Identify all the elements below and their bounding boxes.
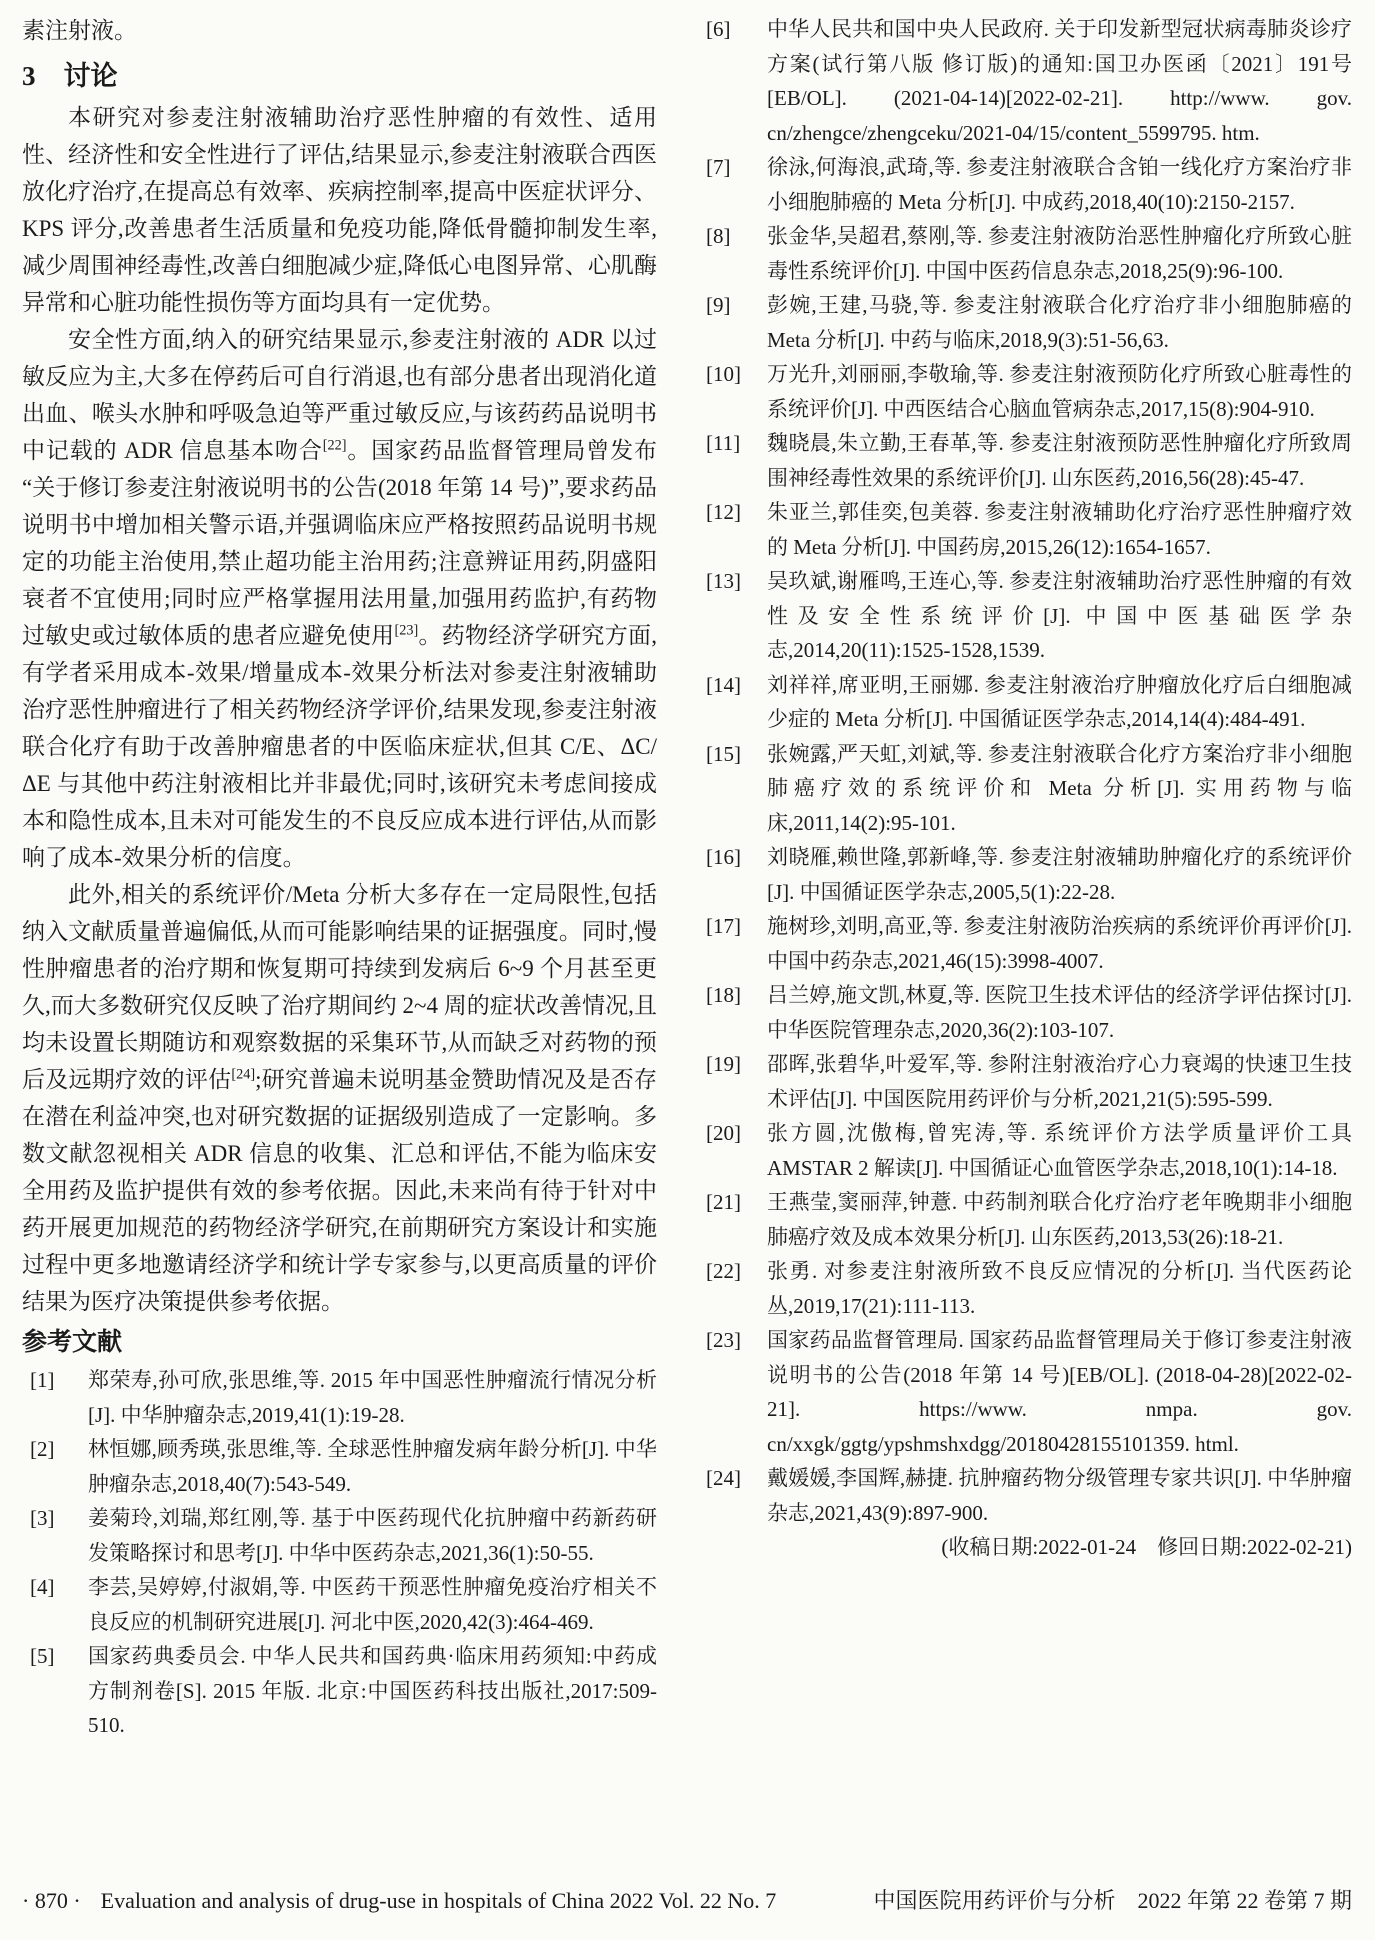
reference-item: [1]郑荣寿,孙可欣,张思维,等. 2015 年中国恶性肿瘤流行情况分析[J].… <box>22 1363 657 1432</box>
reference-number: [23] <box>703 1323 767 1461</box>
reference-text: 王燕莹,窦丽萍,钟薏. 中药制剂联合化疗治疗老年晚期非小细胞肺癌疗效及成本效果分… <box>767 1185 1352 1254</box>
section-title: 讨论 <box>64 59 118 93</box>
reference-number: [8] <box>703 219 767 288</box>
reference-text: 张方圆,沈傲梅,曾宪涛,等. 系统评价方法学质量评价工具 AMSTAR 2 解读… <box>767 1116 1352 1185</box>
reference-item: [20]张方圆,沈傲梅,曾宪涛,等. 系统评价方法学质量评价工具 AMSTAR … <box>703 1116 1352 1185</box>
reference-number: [16] <box>703 840 767 909</box>
reference-text: 施树珍,刘明,高亚,等. 参麦注射液防治疾病的系统评价再评价[J]. 中国中药杂… <box>767 909 1352 978</box>
body-paragraph: 安全性方面,纳入的研究结果显示,参麦注射液的 ADR 以过敏反应为主,大多在停药… <box>22 321 657 876</box>
reference-text: 张婉露,严天虹,刘斌,等. 参麦注射液联合化疗方案治疗非小细胞肺癌疗效的系统评价… <box>767 737 1352 841</box>
reference-item: [16]刘晓雁,赖世隆,郭新峰,等. 参麦注射液辅助肿瘤化疗的系统评价[J]. … <box>703 840 1352 909</box>
reference-item: [24]戴媛媛,李国辉,赫捷. 抗肿瘤药物分级管理专家共识[J]. 中华肿瘤杂志… <box>703 1461 1352 1530</box>
reference-number: [12] <box>703 495 767 564</box>
reference-text: 郑荣寿,孙可欣,张思维,等. 2015 年中国恶性肿瘤流行情况分析[J]. 中华… <box>88 1363 657 1432</box>
reference-text: 中华人民共和国中央人民政府. 关于印发新型冠状病毒肺炎诊疗方案(试行第八版 修订… <box>767 12 1352 150</box>
reference-item: [18]吕兰婷,施文凯,林夏,等. 医院卫生技术评估的经济学评估探讨[J]. 中… <box>703 978 1352 1047</box>
paper-page: 素注射液。 3 讨论 本研究对参麦注射液辅助治疗恶性肿瘤的有效性、适用性、经济性… <box>0 0 1375 1940</box>
reference-text: 魏晓晨,朱立勤,王春革,等. 参麦注射液预防恶性肿瘤化疗所致周围神经毒性效果的系… <box>767 426 1352 495</box>
reference-number: [15] <box>703 737 767 841</box>
discussion-paragraphs: 本研究对参麦注射液辅助治疗恶性肿瘤的有效性、适用性、经济性和安全性进行了评估,结… <box>22 99 657 1320</box>
reference-text: 张金华,吴超君,蔡刚,等. 参麦注射液防治恶性肿瘤化疗所致心脏毒性系统评价[J]… <box>767 219 1352 288</box>
page-number: · 870 · <box>22 1886 81 1916</box>
section-heading: 3 讨论 <box>22 59 657 93</box>
reference-number: [24] <box>703 1461 767 1530</box>
reference-item: [7]徐泳,何海浪,武琦,等. 参麦注射液联合含铂一线化疗方案治疗非小细胞肺癌的… <box>703 150 1352 219</box>
reference-number: [1] <box>22 1363 88 1432</box>
page-footer: · 870 · Evaluation and analysis of drug-… <box>22 1886 1352 1916</box>
reference-text: 徐泳,何海浪,武琦,等. 参麦注射液联合含铂一线化疗方案治疗非小细胞肺癌的 Me… <box>767 150 1352 219</box>
reference-number: [13] <box>703 564 767 668</box>
reference-text: 吕兰婷,施文凯,林夏,等. 医院卫生技术评估的经济学评估探讨[J]. 中华医院管… <box>767 978 1352 1047</box>
body-paragraph: 本研究对参麦注射液辅助治疗恶性肿瘤的有效性、适用性、经济性和安全性进行了评估,结… <box>22 99 657 321</box>
references-heading: 参考文献 <box>22 1327 657 1358</box>
reference-item: [5]国家药典委员会. 中华人民共和国药典·临床用药须知:中药成方制剂卷[S].… <box>22 1639 657 1743</box>
reference-text: 刘祥祥,席亚明,王丽娜. 参麦注射液治疗肿瘤放化疗后白细胞减少症的 Meta 分… <box>767 668 1352 737</box>
reference-item: [10]万光升,刘丽丽,李敬瑜,等. 参麦注射液预防化疗所致心脏毒性的系统评价[… <box>703 357 1352 426</box>
reference-item: [12]朱亚兰,郭佳奕,包美蓉. 参麦注射液辅助化疗治疗恶性肿瘤疗效的 Meta… <box>703 495 1352 564</box>
reference-number: [20] <box>703 1116 767 1185</box>
reference-text: 国家药典委员会. 中华人民共和国药典·临床用药须知:中药成方制剂卷[S]. 20… <box>88 1639 657 1743</box>
received-revised-dates: (收稿日期:2022-01-24 修回日期:2022-02-21) <box>703 1530 1352 1565</box>
reference-text: 刘晓雁,赖世隆,郭新峰,等. 参麦注射液辅助肿瘤化疗的系统评价[J]. 中国循证… <box>767 840 1352 909</box>
reference-item: [6]中华人民共和国中央人民政府. 关于印发新型冠状病毒肺炎诊疗方案(试行第八版… <box>703 12 1352 150</box>
reference-number: [9] <box>703 288 767 357</box>
reference-text: 李芸,吴婷婷,付淑娟,等. 中医药干预恶性肿瘤免疫治疗相关不良反应的机制研究进展… <box>88 1570 657 1639</box>
reference-number: [7] <box>703 150 767 219</box>
references-left: [1]郑荣寿,孙可欣,张思维,等. 2015 年中国恶性肿瘤流行情况分析[J].… <box>22 1363 657 1743</box>
reference-number: [17] <box>703 909 767 978</box>
reference-number: [2] <box>22 1432 88 1501</box>
reference-text: 姜菊玲,刘瑞,郑红刚,等. 基于中医药现代化抗肿瘤中药新药研发策略探讨和思考[J… <box>88 1501 657 1570</box>
reference-number: [21] <box>703 1185 767 1254</box>
reference-text: 吴玖斌,谢雁鸣,王连心,等. 参麦注射液辅助治疗恶性肿瘤的有效性及安全性系统评价… <box>767 564 1352 668</box>
reference-text: 张勇. 对参麦注射液所致不良反应情况的分析[J]. 当代医药论丛,2019,17… <box>767 1254 1352 1323</box>
reference-number: [18] <box>703 978 767 1047</box>
reference-item: [23]国家药品监督管理局. 国家药品监督管理局关于修订参麦注射液说明书的公告(… <box>703 1323 1352 1461</box>
continued-paragraph: 素注射液。 <box>22 12 657 49</box>
reference-text: 邵晖,张碧华,叶爱军,等. 参附注射液治疗心力衰竭的快速卫生技术评估[J]. 中… <box>767 1047 1352 1116</box>
reference-item: [3]姜菊玲,刘瑞,郑红刚,等. 基于中医药现代化抗肿瘤中药新药研发策略探讨和思… <box>22 1501 657 1570</box>
reference-number: [22] <box>703 1254 767 1323</box>
reference-number: [19] <box>703 1047 767 1116</box>
reference-number: [5] <box>22 1639 88 1743</box>
reference-item: [13]吴玖斌,谢雁鸣,王连心,等. 参麦注射液辅助治疗恶性肿瘤的有效性及安全性… <box>703 564 1352 668</box>
reference-item: [19]邵晖,张碧华,叶爱军,等. 参附注射液治疗心力衰竭的快速卫生技术评估[J… <box>703 1047 1352 1116</box>
reference-text: 朱亚兰,郭佳奕,包美蓉. 参麦注射液辅助化疗治疗恶性肿瘤疗效的 Meta 分析[… <box>767 495 1352 564</box>
reference-item: [21]王燕莹,窦丽萍,钟薏. 中药制剂联合化疗治疗老年晚期非小细胞肺癌疗效及成… <box>703 1185 1352 1254</box>
reference-number: [10] <box>703 357 767 426</box>
left-column: 素注射液。 3 讨论 本研究对参麦注射液辅助治疗恶性肿瘤的有效性、适用性、经济性… <box>22 12 657 1743</box>
footer-journal-english: Evaluation and analysis of drug-use in h… <box>101 1886 777 1916</box>
right-column: [6]中华人民共和国中央人民政府. 关于印发新型冠状病毒肺炎诊疗方案(试行第八版… <box>703 12 1352 1743</box>
reference-item: [2]林恒娜,顾秀瑛,张思维,等. 全球恶性肿瘤发病年龄分析[J]. 中华肿瘤杂… <box>22 1432 657 1501</box>
reference-item: [8]张金华,吴超君,蔡刚,等. 参麦注射液防治恶性肿瘤化疗所致心脏毒性系统评价… <box>703 219 1352 288</box>
reference-number: [4] <box>22 1570 88 1639</box>
reference-text: 戴媛媛,李国辉,赫捷. 抗肿瘤药物分级管理专家共识[J]. 中华肿瘤杂志,202… <box>767 1461 1352 1530</box>
reference-item: [11]魏晓晨,朱立勤,王春革,等. 参麦注射液预防恶性肿瘤化疗所致周围神经毒性… <box>703 426 1352 495</box>
reference-item: [15]张婉露,严天虹,刘斌,等. 参麦注射液联合化疗方案治疗非小细胞肺癌疗效的… <box>703 737 1352 841</box>
body-paragraph: 此外,相关的系统评价/Meta 分析大多存在一定局限性,包括纳入文献质量普遍偏低… <box>22 876 657 1320</box>
reference-item: [17]施树珍,刘明,高亚,等. 参麦注射液防治疾病的系统评价再评价[J]. 中… <box>703 909 1352 978</box>
reference-text: 国家药品监督管理局. 国家药品监督管理局关于修订参麦注射液说明书的公告(2018… <box>767 1323 1352 1461</box>
reference-number: [11] <box>703 426 767 495</box>
reference-text: 林恒娜,顾秀瑛,张思维,等. 全球恶性肿瘤发病年龄分析[J]. 中华肿瘤杂志,2… <box>88 1432 657 1501</box>
section-number: 3 <box>22 59 36 93</box>
reference-text: 彭婉,王建,马骁,等. 参麦注射液联合化疗治疗非小细胞肺癌的 Meta 分析[J… <box>767 288 1352 357</box>
reference-item: [14]刘祥祥,席亚明,王丽娜. 参麦注射液治疗肿瘤放化疗后白细胞减少症的 Me… <box>703 668 1352 737</box>
footer-journal-chinese: 中国医院用药评价与分析 2022 年第 22 卷第 7 期 <box>873 1886 1352 1916</box>
two-column-layout: 素注射液。 3 讨论 本研究对参麦注射液辅助治疗恶性肿瘤的有效性、适用性、经济性… <box>22 12 1352 1743</box>
reference-item: [4]李芸,吴婷婷,付淑娟,等. 中医药干预恶性肿瘤免疫治疗相关不良反应的机制研… <box>22 1570 657 1639</box>
reference-number: [6] <box>703 12 767 150</box>
reference-item: [22]张勇. 对参麦注射液所致不良反应情况的分析[J]. 当代医药论丛,201… <box>703 1254 1352 1323</box>
references-right: [6]中华人民共和国中央人民政府. 关于印发新型冠状病毒肺炎诊疗方案(试行第八版… <box>703 12 1352 1530</box>
reference-number: [14] <box>703 668 767 737</box>
reference-number: [3] <box>22 1501 88 1570</box>
reference-text: 万光升,刘丽丽,李敬瑜,等. 参麦注射液预防化疗所致心脏毒性的系统评价[J]. … <box>767 357 1352 426</box>
reference-item: [9]彭婉,王建,马骁,等. 参麦注射液联合化疗治疗非小细胞肺癌的 Meta 分… <box>703 288 1352 357</box>
footer-left: · 870 · Evaluation and analysis of drug-… <box>22 1886 776 1916</box>
